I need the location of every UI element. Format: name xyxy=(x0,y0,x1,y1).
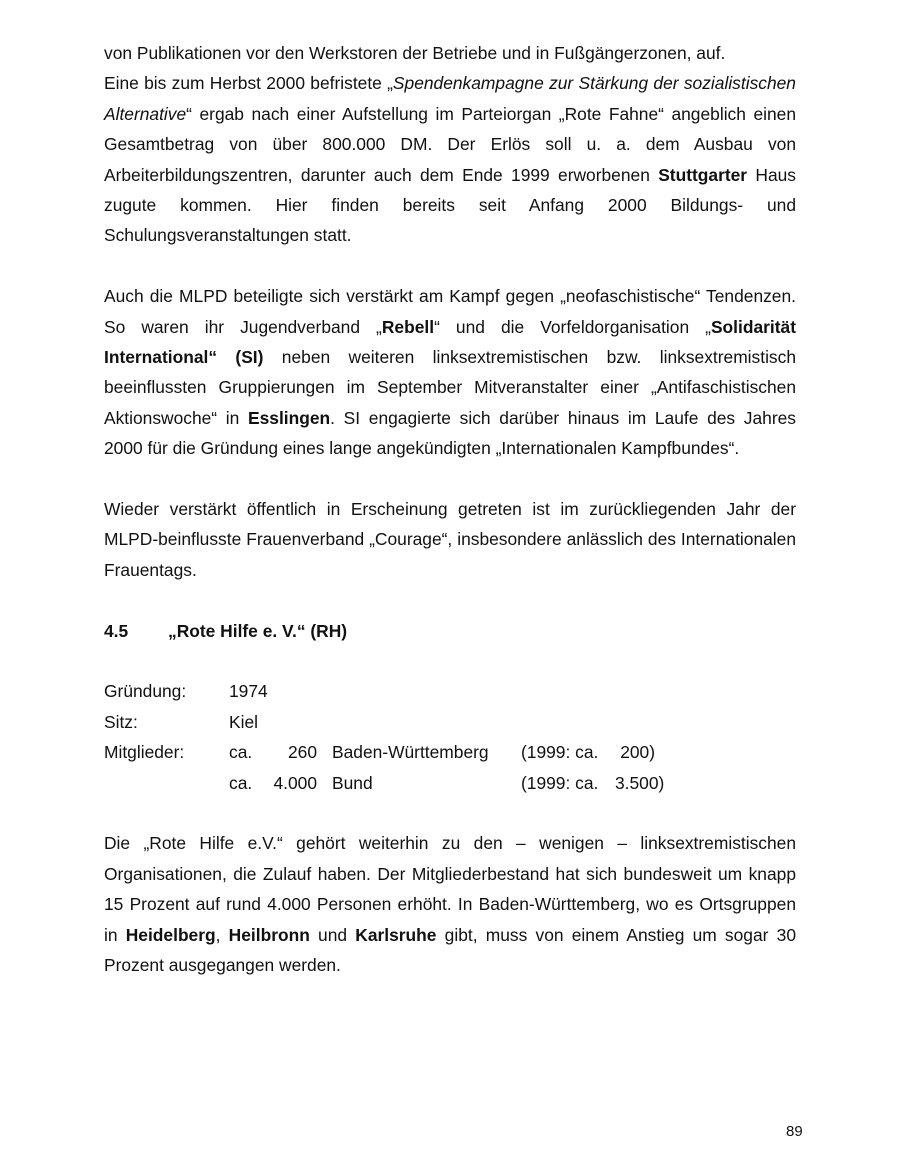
paragraph-line: von Publikationen vor den Werkstoren der… xyxy=(104,43,725,63)
document-page: von Publikationen vor den Werkstoren der… xyxy=(104,38,796,980)
member-count: 4.000 xyxy=(267,768,317,798)
place-karlsruhe: Karlsruhe xyxy=(355,925,436,945)
page-number: 89 xyxy=(786,1122,803,1142)
fact-founded: Gründung: 1974 xyxy=(104,676,796,706)
fact-label: Sitz: xyxy=(104,707,229,737)
org-rebell: Rebell xyxy=(382,317,434,337)
fact-members-bw: Mitglieder: ca. 260 Baden-Württemberg (1… xyxy=(104,737,796,767)
fact-value: Kiel xyxy=(229,707,258,737)
paragraph-courage: Wieder verstärkt öffentlich in Erscheinu… xyxy=(104,494,796,585)
place-heidelberg: Heidelberg xyxy=(126,925,216,945)
place-esslingen: Esslingen xyxy=(248,408,330,428)
member-region: Bund xyxy=(317,768,521,798)
organization-facts: Gründung: 1974 Sitz: Kiel Mitglieder: ca… xyxy=(104,676,796,798)
fact-label: Gründung: xyxy=(104,676,229,706)
paragraph-rote-hilfe: Die „Rote Hilfe e.V.“ gehört weiterhin z… xyxy=(104,828,796,980)
fact-members-bund: ca. 4.000 Bund (1999: ca. 3.500) xyxy=(104,768,796,798)
member-previous: (1999: ca. 3.500) xyxy=(521,768,655,798)
section-heading: 4.5 „Rote Hilfe e. V.“ (RH) xyxy=(104,616,796,646)
member-region: Baden-Württemberg xyxy=(317,737,521,767)
paragraph-donation-campaign: von Publikationen vor den Werkstoren der… xyxy=(104,38,796,251)
section-title: „Rote Hilfe e. V.“ (RH) xyxy=(168,616,347,646)
place-stuttgarter: Stuttgarter xyxy=(658,165,747,185)
member-previous: (1999: ca. 200) xyxy=(521,737,655,767)
place-heilbronn: Heilbronn xyxy=(229,925,310,945)
member-count: 260 xyxy=(267,737,317,767)
section-number: 4.5 xyxy=(104,616,168,646)
fact-seat: Sitz: Kiel xyxy=(104,707,796,737)
fact-value: 1974 xyxy=(229,676,268,706)
paragraph-antifascism: Auch die MLPD beteiligte sich verstärkt … xyxy=(104,281,796,463)
fact-label: Mitglieder: xyxy=(104,737,229,767)
